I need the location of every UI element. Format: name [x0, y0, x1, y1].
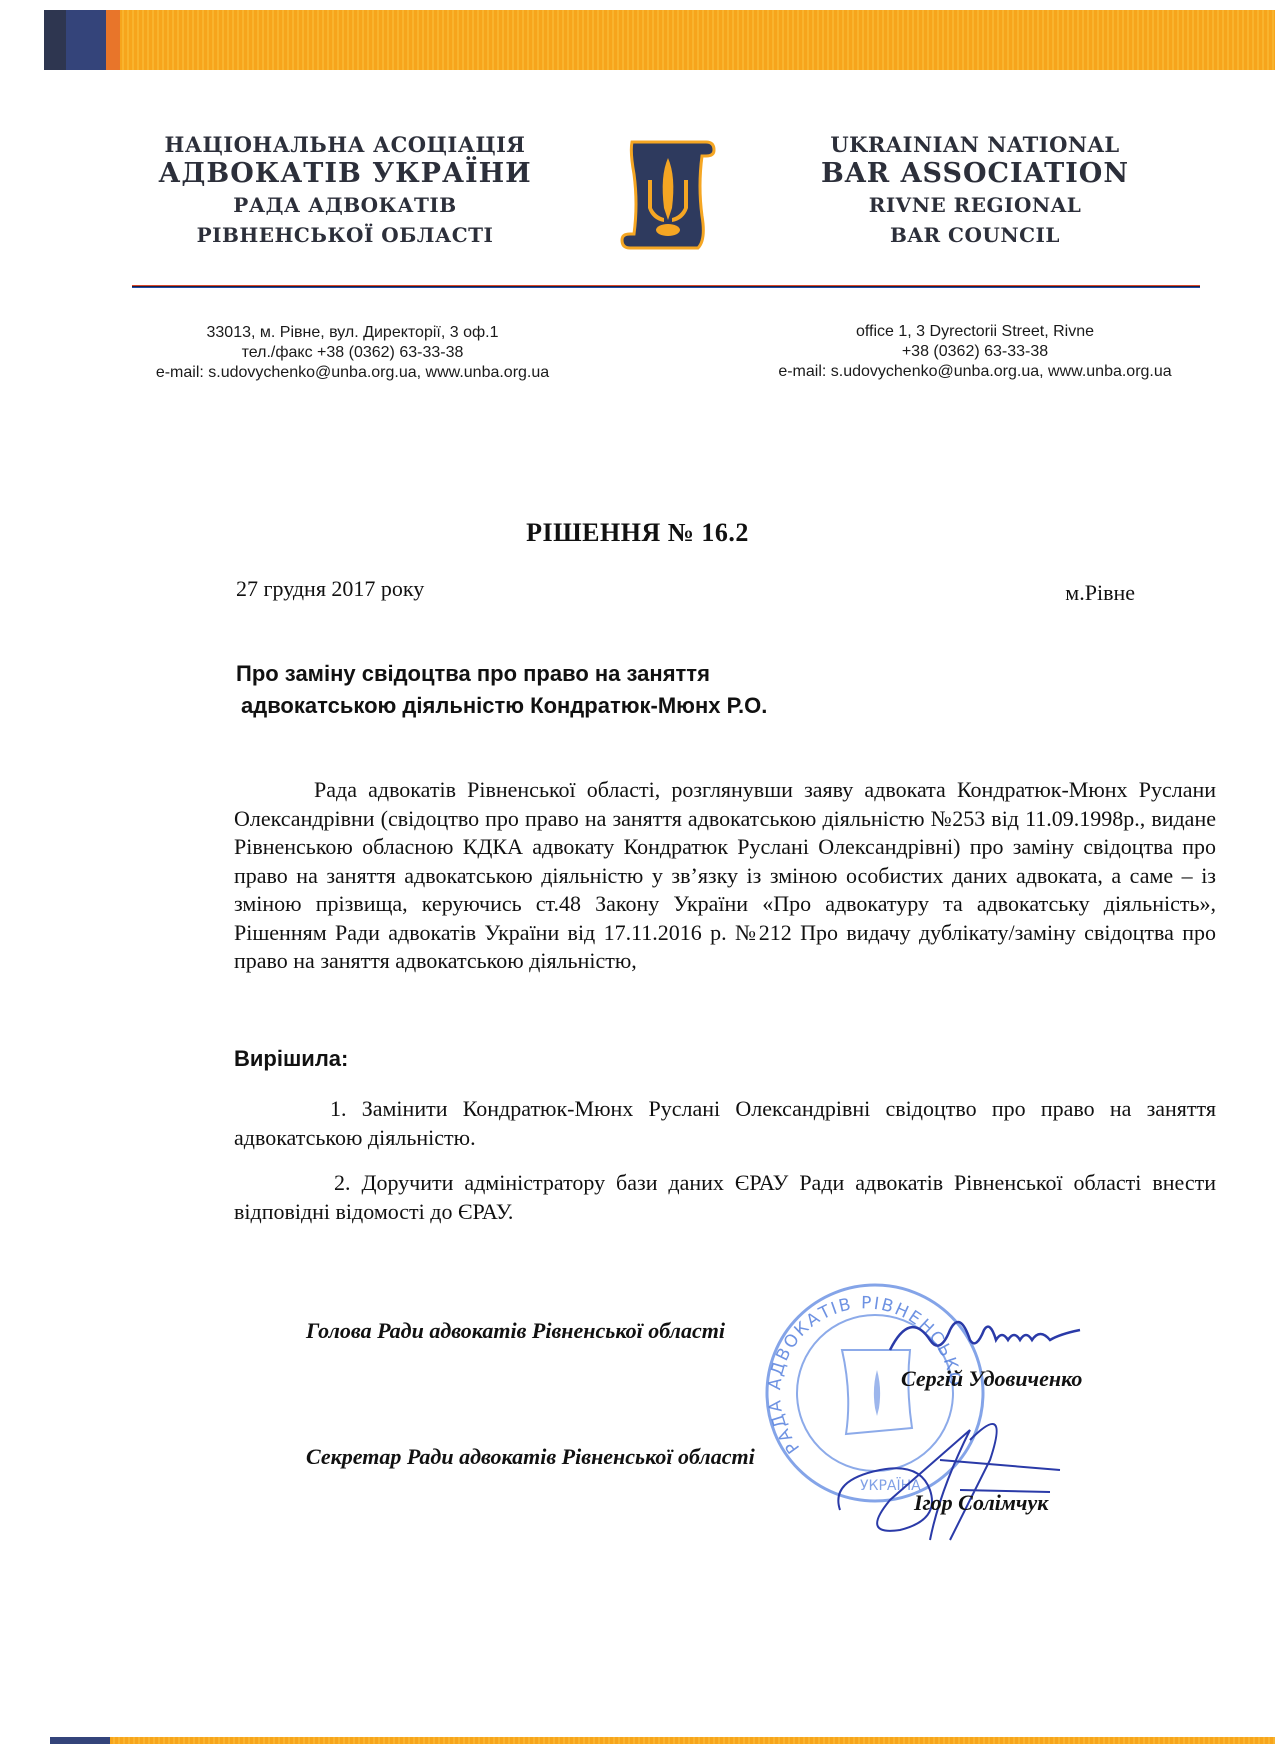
council-name-line2: РІВНЕНСЬКОЇ ОБЛАСТІ	[150, 220, 540, 250]
document-title: РІШЕННЯ № 16.2	[0, 518, 1275, 548]
subject-line: адвокатською діяльністю Кондратюк-Мюнх Р…	[236, 690, 767, 722]
footer-color-band	[50, 1737, 1275, 1744]
document-subject: Про заміну свідоцтва про право на занятт…	[236, 658, 767, 722]
chairman-name: Сергій Удовиченко	[901, 1366, 1082, 1392]
subject-line: Про заміну свідоцтва про право на занятт…	[236, 658, 767, 690]
org-name-en-line2: BAR ASSOCIATION	[800, 158, 1150, 190]
letterhead-english: UKRAINIAN NATIONAL BAR ASSOCIATION RIVNE…	[800, 132, 1150, 250]
council-name-en-line2: BAR COUNCIL	[800, 220, 1150, 250]
org-name-line1: НАЦІОНАЛЬНА АСОЦІАЦІЯ	[150, 132, 540, 158]
secretary-title: Секретар Ради адвокатів Рівненської обла…	[306, 1444, 755, 1470]
footer-band-navy-block	[50, 1737, 110, 1744]
address-en: office 1, 3 Dyrectorii Street, Rivne	[740, 322, 1210, 342]
email-website: e-mail: s.udovychenko@unba.org.ua, www.u…	[120, 363, 585, 383]
document-city: м.Рівне	[1065, 580, 1135, 606]
phone-en: +38 (0362) 63-33-38	[740, 342, 1210, 362]
resolved-heading: Вирішила:	[234, 1046, 348, 1072]
resolution-item: 2. Доручити адміністратору бази даних ЄР…	[234, 1169, 1216, 1226]
phone: тел./факс +38 (0362) 63-33-38	[120, 343, 585, 363]
document-date: 27 грудня 2017 року	[236, 576, 424, 602]
band-blue-block	[66, 10, 106, 70]
secretary-name: Ігор Солімчук	[914, 1490, 1048, 1516]
address: 33013, м. Рівне, вул. Директорії, 3 оф.1	[120, 323, 585, 343]
contact-block-english: office 1, 3 Dyrectorii Street, Rivne +38…	[740, 322, 1210, 382]
secretary-signature-icon	[820, 1400, 1080, 1550]
band-navy-block	[44, 10, 66, 70]
org-name-line2: АДВОКАТІВ УКРАЇНИ	[150, 158, 540, 190]
chairman-signature-icon	[880, 1300, 1090, 1370]
body-paragraph: Рада адвокатів Рівненської області, розг…	[234, 776, 1216, 976]
council-name-en-line1: RIVNE REGIONAL	[800, 190, 1150, 220]
council-name-line1: РАДА АДВОКАТІВ	[150, 190, 540, 220]
chairman-title: Голова Ради адвокатів Рівненської област…	[306, 1318, 725, 1344]
resolution-item: 1. Замінити Кондратюк-Мюнх Руслані Олекс…	[234, 1095, 1216, 1152]
scroll-trident-quill-logo-icon	[618, 136, 718, 256]
org-name-en-line1: UKRAINIAN NATIONAL	[800, 132, 1150, 158]
email-website-en: e-mail: s.udovychenko@unba.org.ua, www.u…	[740, 362, 1210, 382]
contact-block-ukrainian: 33013, м. Рівне, вул. Директорії, 3 оф.1…	[120, 323, 585, 383]
band-red-stripe	[106, 10, 120, 70]
header-divider	[132, 285, 1200, 288]
letterhead-ukrainian: НАЦІОНАЛЬНА АСОЦІАЦІЯ АДВОКАТІВ УКРАЇНИ …	[150, 132, 540, 250]
header-color-band	[44, 10, 1275, 70]
